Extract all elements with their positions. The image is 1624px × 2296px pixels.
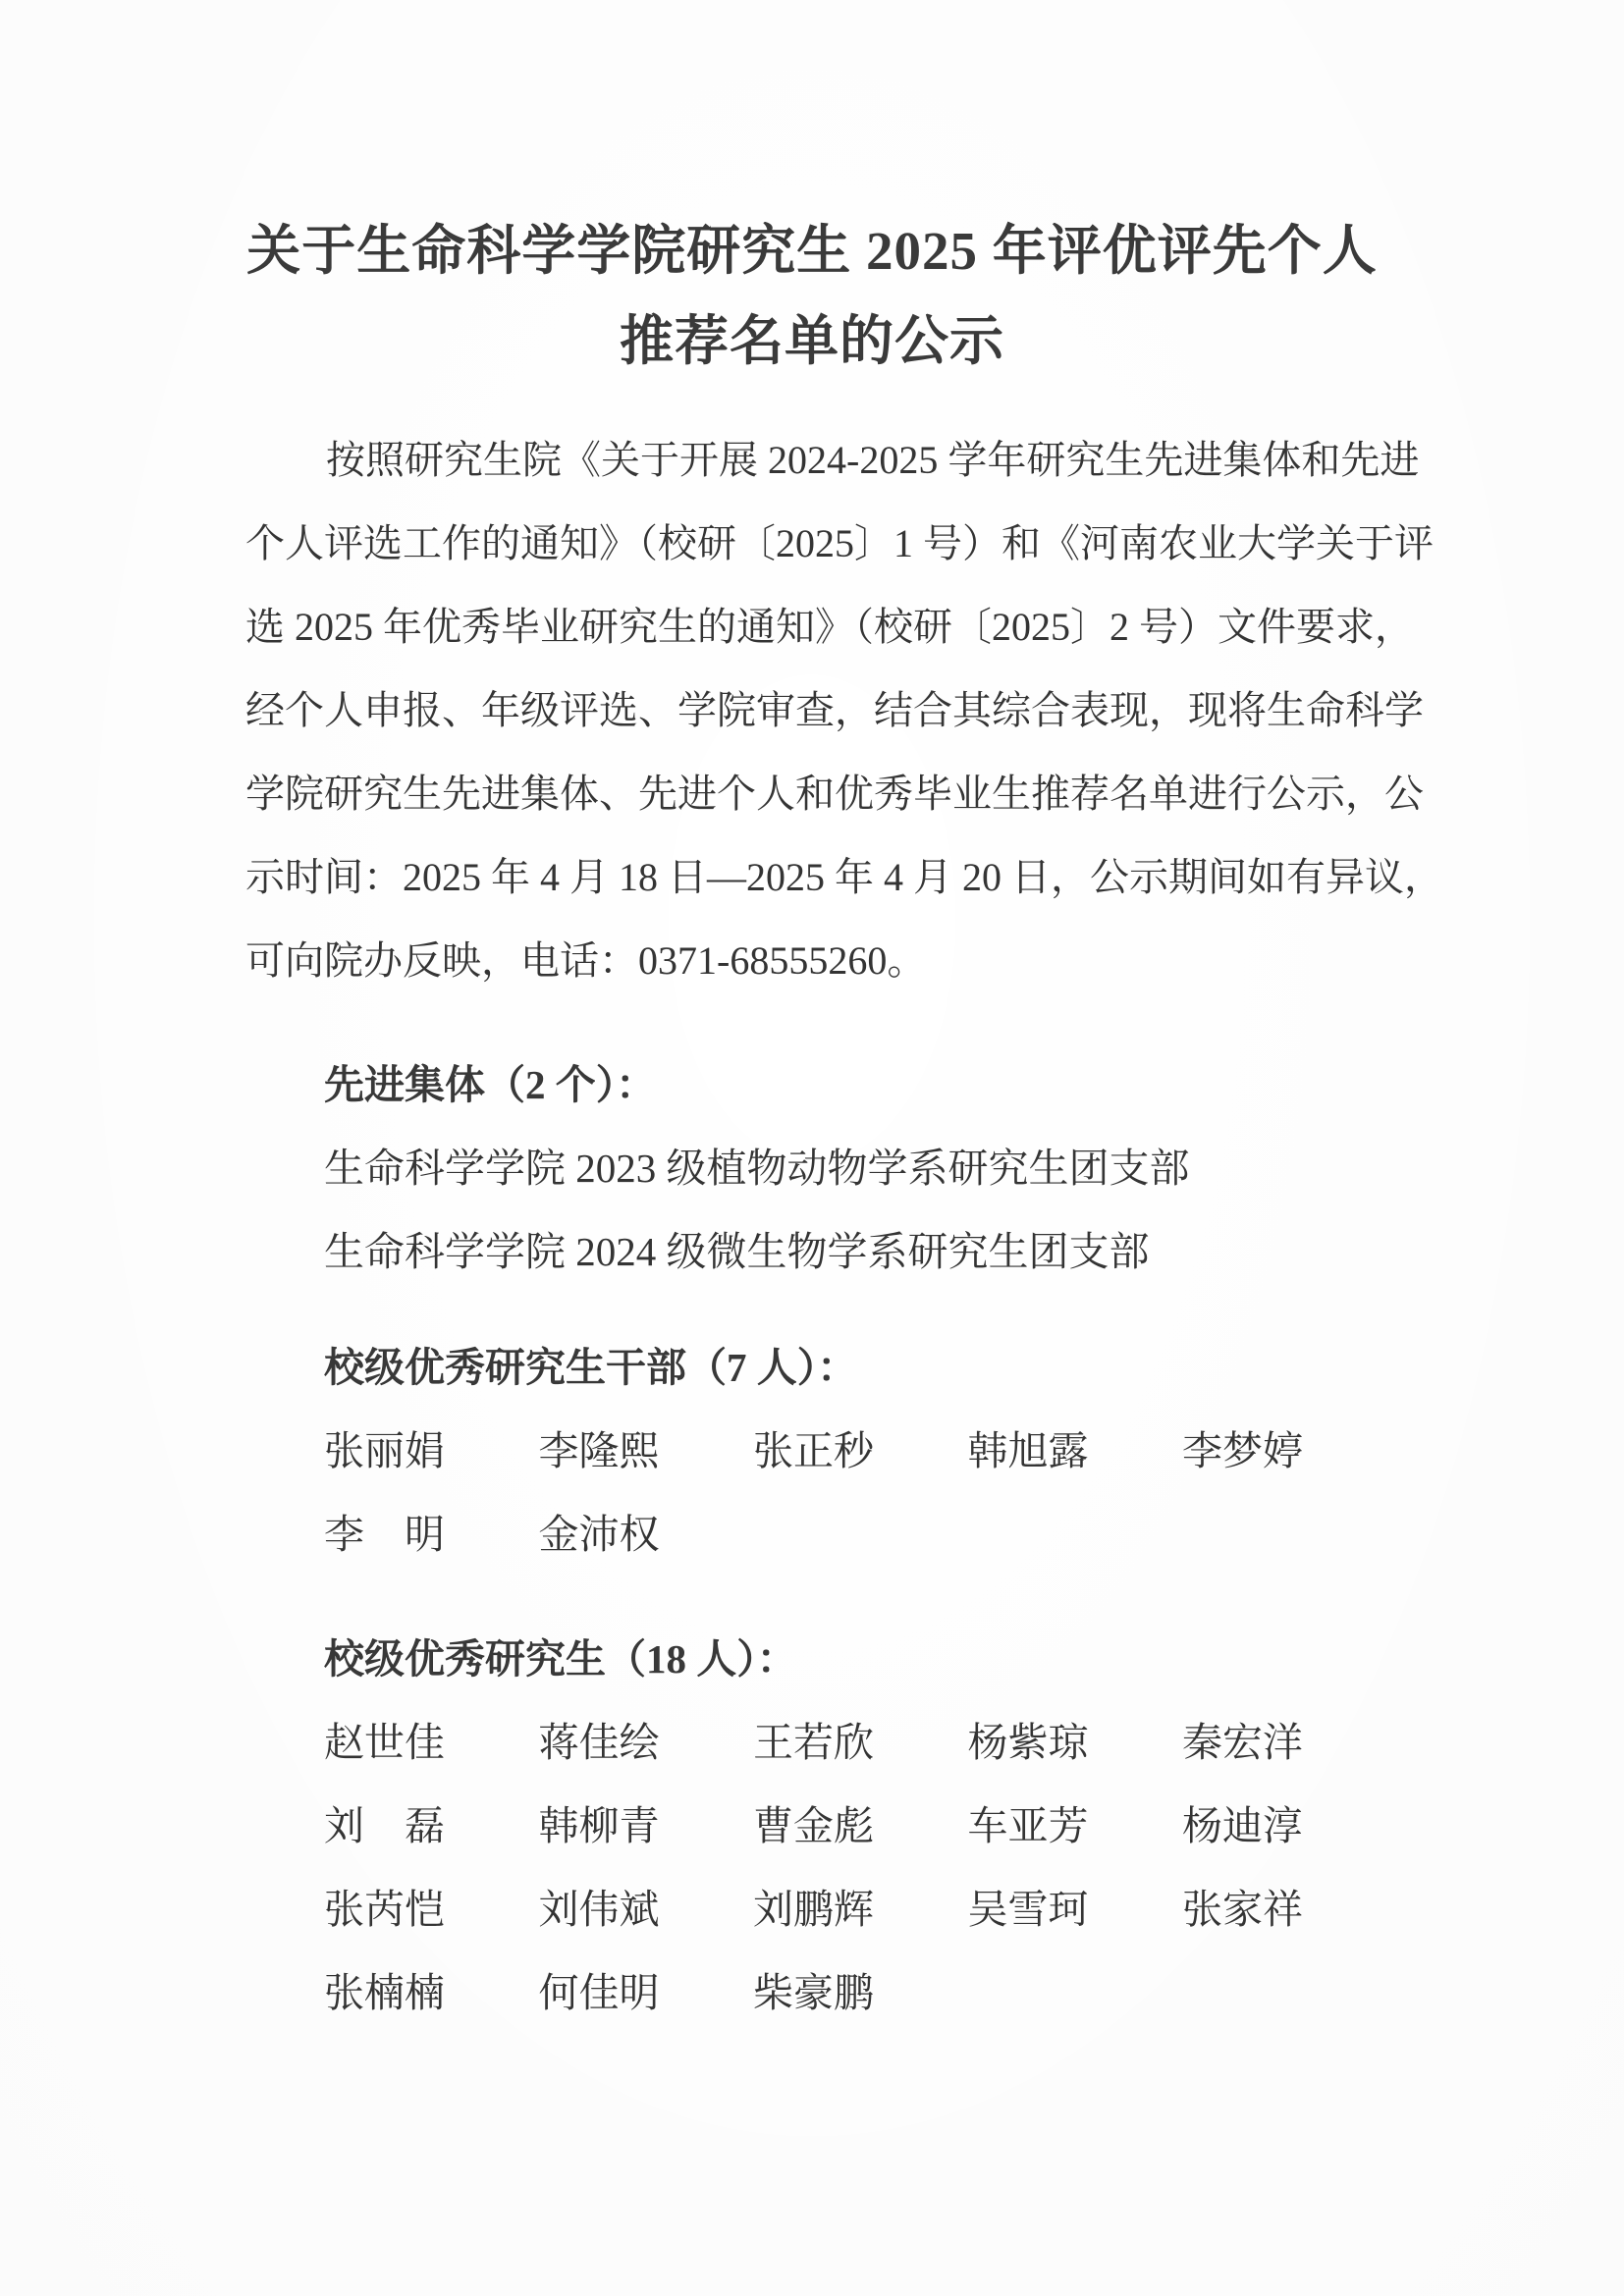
paragraph-line: 经个人申报、年级评选、学院审查，结合其综合表现，现将生命科学 xyxy=(245,668,1380,752)
name-cell: 刘 磊 xyxy=(324,1785,539,1868)
paragraph-line: 个人评选工作的通知》（校研〔2025〕1 号）和《河南农业大学关于评 xyxy=(245,502,1380,585)
name-row: 张芮恺 刘伟斌 刘鹏辉 吴雪珂 张家祥 xyxy=(324,1868,1424,1951)
name-cell: 张丽娟 xyxy=(324,1410,539,1493)
paragraph-line: 学院研究生先进集体、先进个人和优秀毕业生推荐名单进行公示，公 xyxy=(245,752,1380,835)
document-title: 关于生命科学学院研究生 2025 年评优评先个人 推荐名单的公示 xyxy=(118,206,1506,387)
section-heading-collectives: 先进集体（2 个）： xyxy=(324,1043,1424,1127)
name-cell: 何佳明 xyxy=(539,1951,754,2035)
name-cell: 蒋佳绘 xyxy=(539,1701,754,1785)
name-cell: 李梦婷 xyxy=(1182,1410,1397,1493)
name-cell: 张楠楠 xyxy=(324,1951,539,2035)
name-cell: 韩柳青 xyxy=(539,1785,754,1868)
name-cell: 李 明 xyxy=(324,1493,539,1576)
paragraph-line: 选 2025 年优秀毕业研究生的通知》（校研〔2025〕2 号）文件要求， xyxy=(245,585,1380,668)
name-cell: 柴豪鹏 xyxy=(753,1951,968,2035)
name-row: 刘 磊 韩柳青 曹金彪 车亚芳 杨迪淳 xyxy=(324,1785,1424,1868)
name-cell: 刘鹏辉 xyxy=(753,1868,968,1951)
paragraph-line: 可向院办反映，电话：0371-68555260。 xyxy=(245,919,1380,1002)
name-row: 李 明 金沛权 xyxy=(324,1493,1424,1576)
collective-item: 生命科学学院 2024 级微生物学系研究生团支部 xyxy=(324,1210,1424,1294)
paragraph-line: 按照研究生院《关于开展 2024-2025 学年研究生先进集体和先进 xyxy=(245,418,1380,502)
title-line-2: 推荐名单的公示 xyxy=(118,296,1506,387)
section-heading-students: 校级优秀研究生（18 人）： xyxy=(324,1618,1424,1701)
name-cell: 韩旭露 xyxy=(968,1410,1183,1493)
award-lists: 先进集体（2 个）： 生命科学学院 2023 级植物动物学系研究生团支部 生命科… xyxy=(324,1043,1424,2035)
name-row: 张楠楠 何佳明 柴豪鹏 xyxy=(324,1951,1424,2035)
collective-item: 生命科学学院 2023 级植物动物学系研究生团支部 xyxy=(324,1127,1424,1210)
name-row: 张丽娟 李隆熙 张正秒 韩旭露 李梦婷 xyxy=(324,1410,1424,1493)
name-cell: 赵世佳 xyxy=(324,1701,539,1785)
section-heading-cadres: 校级优秀研究生干部（7 人）： xyxy=(324,1326,1424,1410)
name-cell: 金沛权 xyxy=(539,1493,754,1576)
name-cell: 杨迪淳 xyxy=(1182,1785,1397,1868)
name-cell: 张芮恺 xyxy=(324,1868,539,1951)
name-cell: 张家祥 xyxy=(1182,1868,1397,1951)
paragraph-line: 示时间：2025 年 4 月 18 日—2025 年 4 月 20 日，公示期间… xyxy=(245,835,1380,919)
name-cell: 杨紫琼 xyxy=(968,1701,1183,1785)
name-cell: 刘伟斌 xyxy=(539,1868,754,1951)
name-row: 赵世佳 蒋佳绘 王若欣 杨紫琼 秦宏洋 xyxy=(324,1701,1424,1785)
name-cell: 曹金彪 xyxy=(753,1785,968,1868)
document-page: 关于生命科学学院研究生 2025 年评优评先个人 推荐名单的公示 按照研究生院《… xyxy=(0,0,1624,2296)
name-cell: 车亚芳 xyxy=(968,1785,1183,1868)
title-line-1: 关于生命科学学院研究生 2025 年评优评先个人 xyxy=(118,206,1506,296)
name-cell: 吴雪珂 xyxy=(968,1868,1183,1951)
intro-paragraph: 按照研究生院《关于开展 2024-2025 学年研究生先进集体和先进 个人评选工… xyxy=(245,418,1380,1002)
name-cell: 王若欣 xyxy=(753,1701,968,1785)
name-cell: 李隆熙 xyxy=(539,1410,754,1493)
name-cell: 张正秒 xyxy=(753,1410,968,1493)
name-cell: 秦宏洋 xyxy=(1182,1701,1397,1785)
